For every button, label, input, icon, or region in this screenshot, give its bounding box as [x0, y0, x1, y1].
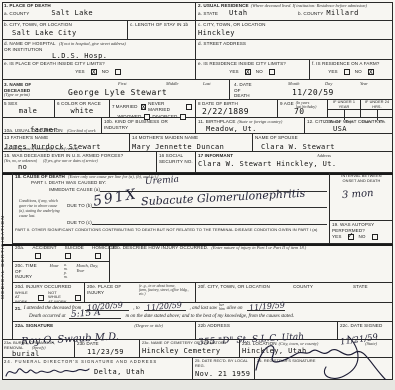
checkbox-mark: X [246, 68, 250, 76]
funeral-director-signature [4, 364, 90, 380]
her-him-text: her him [219, 304, 224, 311]
date-of-birth-value: 2/22/1889 [202, 107, 275, 116]
checkbox-mark: ✓ [348, 231, 353, 241]
business-industry-label: 10b. KIND OF BUSINESS OR INDUSTRY [104, 119, 193, 130]
alive-on-handwriting: 11/19/59 [248, 301, 285, 313]
farm-yes-checkbox [344, 69, 350, 75]
farm-no-checkbox: X [368, 69, 374, 75]
time-of-injury-cell: 20c. TIME OF INJURY Hour a. m. p. m. Mon… [13, 262, 110, 283]
state-label: a. STATE [198, 11, 218, 17]
autopsy-no-checkbox [372, 234, 378, 240]
no-label: NO [359, 234, 366, 240]
death-city-limits-cell: e. IS PLACE OF DEATH INSIDE CITY LIMITS?… [2, 60, 196, 80]
checkbox-mark: X [92, 68, 96, 76]
injury-county-label: COUNTY [293, 284, 353, 290]
length-of-stay-label: c. LENGTH OF STAY IN 1b [130, 22, 193, 28]
usual-residence-cell: 2. USUAL RESIDENCE (Where deceased lived… [196, 2, 393, 21]
time-of-injury-label: 20c. TIME OF INJURY [15, 263, 45, 280]
death-certificate-scan: 1. PLACE OF DEATH a. COUNTY Salt Lake 2.… [0, 0, 395, 390]
citizen-value: USA [333, 125, 391, 133]
social-security-cell: 16 SOCIAL SECURITY NO. [157, 152, 196, 173]
yes-label: YES [75, 69, 85, 75]
not-while-at-work-checkbox [75, 295, 81, 301]
age-label: 9 AGE [280, 101, 294, 109]
street-address-cell: d. STREET ADDRESS [196, 40, 393, 60]
residence-city-value: Hinckley [198, 29, 391, 37]
registrar-signature-label: 26. REGISTRAR'S SIGNATURE [257, 359, 391, 364]
marital-num: 7 [112, 104, 115, 110]
date-of-death-value: 11/20/59 [292, 88, 334, 97]
location-label: 23d. LOCATION [242, 341, 277, 347]
no-label: NO [355, 69, 362, 75]
married-label: MARRIED [116, 104, 138, 110]
injury-occurred-label: 20d. INJURY OCCURRED [15, 284, 82, 290]
describe-injury-cell: 20b. DESCRIBE HOW INJURY OCCURRED. (Ente… [110, 244, 393, 283]
yes-label: YES [229, 69, 239, 75]
type-or-print-note: (Type or print) [4, 92, 30, 97]
conditions-side-note: Conditions, if any, which gave rise to a… [19, 199, 63, 219]
location-state-note: (State) [365, 341, 377, 347]
sex-value: male [4, 107, 52, 115]
interval-handwriting: 3 mon [342, 188, 374, 201]
funeral-director-label: 24. FUNERAL DIRECTOR'S SIGNATURE AND ADD… [4, 359, 190, 364]
immediate-cause-label: IMMEDIATE CAUSE (a) [49, 187, 100, 193]
armed-forces-note1: (Yes, no, or unknown) [4, 159, 37, 163]
autopsy-label: 19. WAS AUTOPSY PERFORMED? [332, 222, 391, 233]
informant-address-label: Address [317, 153, 331, 159]
occupation-value: farmer [30, 126, 58, 134]
cause-of-death-cell: 18. CAUSE OF DEATH [Enter only one cause… [13, 173, 330, 244]
usual-residence-note: (Where deceased lived. If institution: R… [251, 3, 367, 8]
hospital-label: d. NAME OF HOSPITAL OR INSTITUTION [4, 41, 56, 52]
degree-title-note: (Degree or title) [134, 323, 163, 329]
item-20a-num: 20a. [15, 245, 24, 251]
cemetery-label: 23c. NAME OF CEMETERY OR CREMATORY [142, 341, 237, 346]
while-at-work-checkbox [38, 295, 44, 301]
no-label: NO [102, 69, 109, 75]
city-of-death-cell: b. CITY, TOWN, OR LOCATION Salt Lake Cit… [2, 21, 128, 40]
funeral-director-address-value: Delta, Utah [94, 368, 145, 376]
last-header: Last [203, 81, 211, 86]
month-day-year-label: Month, Day, Year [76, 263, 107, 280]
date-signed-cell: 22c. DATE SIGNED 11/21/59 [338, 322, 393, 340]
usual-occupation-cell: 10a. USUAL OCCUPATION (Give kind of work… [2, 118, 102, 134]
physician-address-label: 22b ADDRESS [198, 323, 335, 329]
citizen-cell: 12. CITIZEN OF WHAT COUNTRY? USA [305, 118, 393, 134]
checkbox-mark: X [369, 68, 373, 76]
burial-date-cell: 23b DATE 11/23/59 [75, 340, 140, 358]
father-name-value: James Murdock Stewart [4, 143, 127, 151]
father-name-cell: 13 FATHER'S NAME James Murdock Stewart [2, 134, 130, 152]
death-time-handwriting: 5:15 A [71, 308, 101, 320]
birthplace-label: 11. BIRTHPLACE [198, 119, 235, 125]
medical-certification-label: MEDICAL CERTIFICATION [1, 177, 13, 337]
signature-label: 22a. SIGNATURE [15, 323, 53, 329]
residence-county-value: Millard [326, 9, 358, 17]
sex-cell: 5 SEX male [2, 100, 55, 118]
accident-label: ACCIDENT [32, 245, 56, 251]
never-married-checkbox [186, 104, 192, 110]
medical-certification-band: MEDICAL CERTIFICATION [2, 173, 13, 340]
injury-city-label: 20f. CITY, TOWN, OR LOCATION [198, 284, 293, 290]
injury-state-label: STATE [353, 284, 368, 290]
hour-label: Hour [50, 263, 59, 280]
injury-occurred-cell: 20d. INJURY OCCURRED WHILE AT WORK NOT W… [13, 283, 85, 303]
burial-note: (Specify) [32, 346, 46, 350]
to-text: , to [133, 306, 139, 311]
informant-value: Clara W. Stewart Hinckley, Ut. [198, 160, 391, 168]
place-of-injury-note: (e. g., in or about home, farm, factory,… [139, 284, 193, 296]
date-received-cell: 25. DATE REC'D. BY LOCAL REG. Nov. 21 19… [193, 358, 255, 380]
if-under-1-year-cell: IF UNDER 1 YEAR Months Days [328, 100, 361, 118]
physician-signature-cell: 22a. SIGNATURE (Degree or title) Roy O. … [13, 322, 196, 340]
marital-status-cell: 7 MARRIED X NEVER MARRIED WIDOWED DIVORC… [110, 100, 196, 118]
city-of-death-label: b. CITY, TOWN, OR LOCATION [4, 22, 125, 28]
due-to-c-label: DUE TO (c) [67, 220, 92, 226]
death-limits-no-checkbox [115, 69, 121, 75]
attended-statement-cell: 21. I attended the deceased from 10/20/5… [13, 303, 393, 322]
item-21-num: 21. [15, 306, 22, 312]
autopsy-yes-checkbox: ✓ [348, 234, 354, 240]
burial-date-value: 11/23/59 [87, 348, 137, 356]
funeral-director-cell: 24. FUNERAL DIRECTOR'S SIGNATURE AND ADD… [2, 358, 193, 380]
under-1-year-label: IF UNDER 1 YEAR [328, 100, 360, 110]
mother-maiden-name-value: Mary Jennette Duncan [132, 143, 250, 151]
residence-county-label: b. COUNTY [298, 11, 323, 17]
date-of-birth-cell: 8 DATE OF BIRTH 2/22/1889 [196, 100, 278, 118]
name-of-spouse-label: NAME OF SPOUSE [255, 135, 391, 141]
accident-checkbox [35, 253, 41, 259]
accident-suicide-homicide-cell: 20a. ACCIDENT SUICIDE HOMICIDE [13, 244, 110, 262]
residence-city-cell: c. CITY, TOWN, OR LOCATION Hinckley [196, 21, 393, 40]
age-cell: 9 AGE (In years last birthday) 70 [278, 100, 328, 118]
date-received-label: 25. DATE REC'D. BY LOCAL REG. [195, 359, 252, 368]
cemetery-location-cell: 23d. LOCATION (City, town, or county) (S… [240, 340, 393, 358]
father-name-label: 13 FATHER'S NAME [4, 135, 127, 141]
residence-farm-label: f. IS RESIDENCE ON A FARM? [312, 61, 391, 67]
never-married-label: NEVER MARRIED [148, 101, 183, 112]
registrar-signature-cell: 26. REGISTRAR'S SIGNATURE [255, 358, 393, 380]
first-header: First [118, 81, 127, 86]
hospital-cell: d. NAME OF HOSPITAL OR INSTITUTION (If n… [2, 40, 196, 60]
armed-forces-note2: (If yes, give war or dates of service) [43, 159, 98, 163]
color-race-cell: 6 COLOR OR RACE white [55, 100, 110, 118]
armed-forces-value: no [18, 163, 154, 171]
no-label: NO [256, 69, 263, 75]
under-24-hrs-label: IF UNDER 24 HRS. [361, 100, 393, 110]
date-received-value: Nov. 21 1959 [195, 370, 252, 378]
middle-header: Middle [166, 81, 178, 86]
color-race-label: 6 COLOR OR RACE [57, 101, 107, 107]
part2-label: PART II. OTHER SIGNIFICANT CONDITIONS CO… [15, 228, 327, 233]
residence-city-limits-label: e. IS RESIDENCE INSIDE CITY LIMITS? [198, 61, 307, 67]
state-value: Utah [229, 9, 247, 17]
color-race-value: white [57, 107, 107, 115]
street-address-label: d. STREET ADDRESS [198, 41, 391, 47]
autopsy-cell: 19. WAS AUTOPSY PERFORMED? YES ✓ NO [330, 221, 393, 244]
death-limits-yes-checkbox: X [91, 69, 97, 75]
death-occurred-text: Death occurred at [29, 314, 65, 319]
day-header: Day [325, 81, 332, 86]
age-value: 70 [294, 107, 304, 116]
informant-label: 17 INFORMANT [198, 153, 233, 159]
place-of-injury-label: 20e. PLACE OF INJURY [87, 284, 137, 296]
social-security-label: 16 SOCIAL SECURITY NO. [159, 153, 193, 164]
attended-to-blank: 11/20/59 [144, 305, 186, 311]
death-time-blank: 5:15 A [69, 313, 121, 319]
residence-city-label: c. CITY, TOWN, OR LOCATION [198, 22, 391, 28]
burial-cell: 23a. BURIAL, CREMATION, REMOVAL (Specify… [2, 340, 75, 358]
cause-c-line [92, 218, 327, 225]
last-saw-text: , and last saw [190, 306, 218, 311]
residence-city-limits-cell: e. IS RESIDENCE INSIDE CITY LIMITS? YES … [196, 60, 310, 80]
cause-of-death-label: 18. CAUSE OF DEATH [15, 174, 65, 180]
checkbox-mark: X [142, 103, 146, 111]
due-to-b-label: DUE TO (b) [67, 203, 92, 209]
scan-bottom-edge [0, 380, 395, 390]
place-of-death-county-cell: 1. PLACE OF DEATH a. COUNTY Salt Lake [2, 2, 196, 21]
location-note: (City, town, or county) [279, 341, 319, 347]
residence-limits-yes-checkbox: X [245, 69, 251, 75]
year-header: Year [360, 81, 368, 86]
alive-on-blank: 11/19/59 [247, 305, 285, 311]
suicide-label: SUICIDE [65, 245, 84, 251]
birthplace-note: (State or foreign country) [237, 119, 282, 125]
residence-limits-no-checkbox [269, 69, 275, 75]
mother-maiden-name-label: 14 MOTHER'S MAIDEN NAME [132, 135, 250, 141]
length-of-stay-cell: c. LENGTH OF STAY IN 1b [128, 21, 196, 40]
city-of-death-value: Salt Lake City [12, 29, 125, 37]
month-header: Month [288, 81, 299, 86]
date-of-death-cell: 4. DATE OF DEATH Month Day Year 11/20/59 [230, 80, 393, 100]
alive-on-text: alive on [227, 306, 243, 311]
residence-farm-cell: f. IS RESIDENCE ON A FARM? YES NO X [310, 60, 393, 80]
armed-forces-cell: 15. WAS DECEASED EVER IN U.S. ARMED FORC… [2, 152, 157, 173]
informant-cell: 17 INFORMANT Address Clara W. Stewart Hi… [196, 152, 393, 173]
cemetery-location-value: Hinckley, Utah [242, 347, 391, 355]
suicide-checkbox [65, 253, 71, 259]
burial-date-label: 23b DATE [77, 341, 137, 347]
describe-injury-note: (Enter nature of injury in Part I or Par… [211, 245, 306, 250]
injury-city-cell: 20f. CITY, TOWN, OR LOCATION COUNTY STAT… [196, 283, 393, 303]
date-stated-text: m on the date stated above; and to the b… [125, 314, 294, 319]
business-industry-cell: 10b. KIND OF BUSINESS OR INDUSTRY [102, 118, 196, 134]
citizen-label: 12. CITIZEN OF WHAT COUNTRY? [307, 119, 391, 125]
hospital-note: (If not in hospital, give street address… [59, 41, 126, 52]
yes-label: YES [332, 234, 342, 240]
name-of-spouse-value: Clara W. Stewart [261, 143, 391, 151]
county-label: a. COUNTY [4, 11, 29, 17]
married-checkbox: X [141, 104, 147, 110]
birthplace-cell: 11. BIRTHPLACE (State or foreign country… [196, 118, 305, 134]
name-of-deceased-cell: 3. NAME OF DECEASED (Type or print) Firs… [2, 80, 230, 100]
date-of-death-label: 4. DATE OF DEATH [234, 82, 252, 99]
homicide-checkbox [95, 253, 101, 259]
county-value: Salt Lake [51, 9, 93, 17]
mother-maiden-name-cell: 14 MOTHER'S MAIDEN NAME Mary Jennette Du… [130, 134, 253, 152]
date-signed-label: 22c. DATE SIGNED [340, 323, 391, 329]
yes-label: YES [328, 69, 338, 75]
describe-injury-label: 20b. DESCRIBE HOW INJURY OCCURRED. [112, 245, 208, 251]
hospital-value: L.D.S. Hosp. [52, 52, 193, 60]
physician-address-cell: 22b ADDRESS 355 "D" St. S.L.C. Utah [196, 322, 338, 340]
attended-to-handwriting: 11/20/59 [145, 301, 182, 313]
interval-label: INTERVAL BETWEEN ONSET AND DEATH [332, 174, 391, 183]
name-of-spouse-cell: NAME OF SPOUSE Clara W. Stewart [253, 134, 393, 152]
interval-cell: INTERVAL BETWEEN ONSET AND DEATH 3 mon [330, 173, 393, 221]
if-under-24-hrs-cell: IF UNDER 24 HRS. Hours Min. [361, 100, 393, 118]
am-pm-label: a. m. p. m. [64, 263, 71, 280]
death-city-limits-label: e. IS PLACE OF DEATH INSIDE CITY LIMITS? [4, 61, 193, 67]
cemetery-cell: 23c. NAME OF CEMETERY OR CREMATORY Hinck… [140, 340, 240, 358]
deceased-name-value: George Lyle Stewart [68, 88, 167, 97]
cemetery-value: Hinckley Cemetery [142, 347, 237, 355]
birthplace-value: Meadow, Ut. [206, 125, 302, 133]
